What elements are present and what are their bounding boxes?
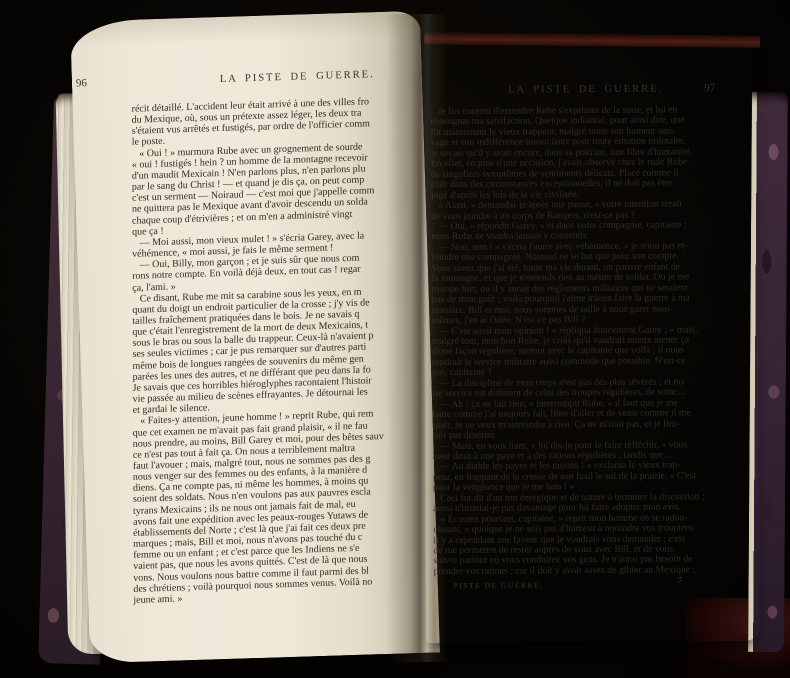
text-line: prendre vos rations ; car il doit y avoi…: [434, 565, 760, 578]
left-page: 96 LA PISTE DE GUERRE. récit détaillé. L…: [70, 11, 440, 664]
page-number-right: 97: [704, 82, 715, 94]
book-photo: 96 LA PISTE DE GUERRE. récit détaillé. L…: [0, 0, 790, 678]
footer-signature: PISTE DE GUERRE.: [454, 580, 544, 590]
running-header-left: LA PISTE DE GUERRE.: [220, 69, 375, 85]
page-number-left: 96: [76, 77, 87, 89]
running-header-right: LA PISTE DE GUERRE.: [508, 83, 663, 95]
footer-signature-number: 7: [678, 576, 683, 586]
left-page-text: récit détaillé. L'accident leur était ar…: [132, 95, 424, 610]
right-page-text: Je fus content d'entendre Rube s'exprime…: [430, 105, 759, 581]
right-page: LA PISTE DE GUERRE. 97 Je fus content d'…: [422, 41, 760, 643]
